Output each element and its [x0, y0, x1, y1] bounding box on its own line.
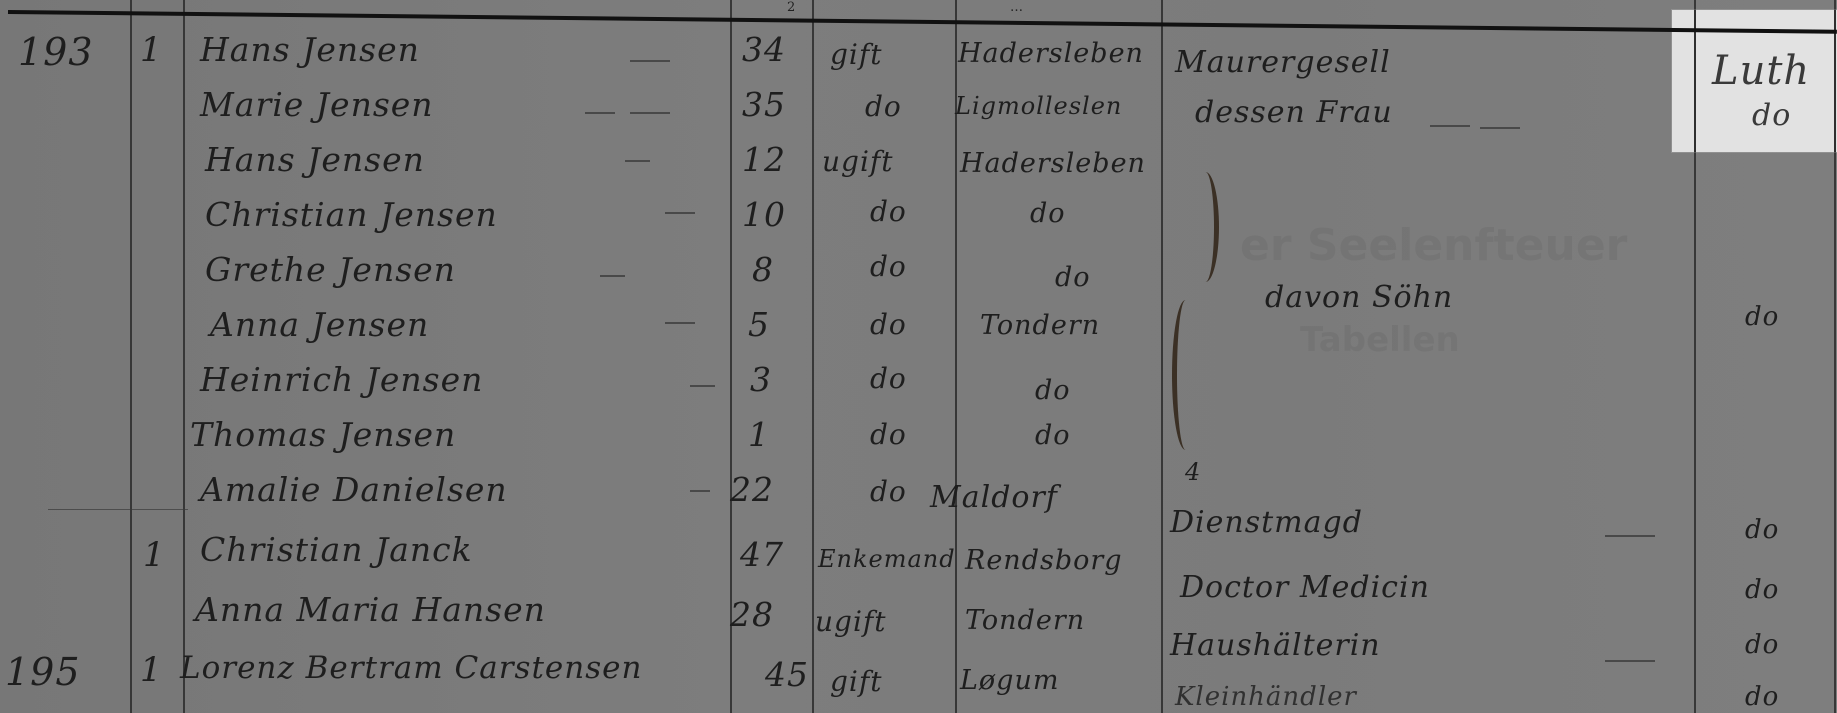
column-divider [183, 0, 185, 713]
civil-status: Enkemand [818, 545, 956, 573]
fill-dash [600, 275, 625, 277]
person-age: 34 [742, 30, 786, 69]
household-number: 193 [18, 30, 94, 74]
civil-status: ugift [815, 605, 887, 638]
fill-dash [585, 112, 615, 114]
person-name: Anna Jensen [210, 305, 429, 344]
occupation: Kleinhändler [1175, 682, 1357, 712]
religion-ditto: do [1752, 98, 1791, 133]
fill-dash [1480, 127, 1520, 129]
header-fragment: 2 [787, 0, 795, 15]
person-age: 8 [752, 250, 774, 289]
person-name: Christian Jensen [205, 195, 498, 234]
religion: do [1745, 630, 1779, 660]
bleed-through-text: er Seelenfteuer [1240, 220, 1627, 271]
person-name: Lorenz Bertram Carstensen [180, 650, 642, 686]
person-name: Marie Jensen [200, 85, 434, 124]
census-page: er Seelenfteuer Tabellen Luth do 2 … 193… [0, 0, 1837, 713]
birthplace: do [1035, 375, 1071, 406]
person-age: 22 [730, 470, 774, 509]
person-age: 3 [750, 360, 772, 399]
column-divider [1161, 0, 1163, 713]
fill-dash [1605, 660, 1655, 662]
person-age: 47 [740, 535, 784, 574]
person-name: Anna Maria Hansen [195, 590, 546, 629]
person-age: 10 [742, 195, 786, 234]
header-fragment: … [1010, 0, 1023, 15]
birthplace: Hadersleben [958, 38, 1144, 69]
column-divider [812, 0, 814, 713]
person-name: Thomas Jensen [190, 415, 456, 454]
person-age: 45 [765, 655, 809, 694]
occupation: Doctor Medicin [1180, 570, 1430, 605]
birthplace: do [1055, 262, 1091, 293]
person-age: 35 [742, 85, 786, 124]
occupation: Maurergesell [1175, 45, 1391, 80]
religion: do [1745, 302, 1779, 332]
fill-dash [665, 322, 695, 324]
person-name: Grethe Jensen [205, 250, 456, 289]
person-count: 1 [140, 650, 163, 690]
civil-status: do [870, 195, 907, 228]
civil-status: gift [830, 665, 883, 698]
fill-dash [665, 212, 695, 214]
person-age: 28 [730, 595, 774, 634]
person-name: Heinrich Jensen [200, 360, 483, 399]
grouping-brace-top [1192, 172, 1219, 282]
person-count: 1 [143, 535, 166, 575]
birthplace: Maldorf [930, 480, 1058, 515]
person-name: Christian Janck [200, 530, 473, 569]
person-name: Hans Jensen [200, 30, 420, 69]
brace-note: davon Söhn [1265, 280, 1453, 315]
household-number: 195 [5, 650, 81, 694]
fill-dash [690, 385, 715, 387]
civil-status: gift [830, 38, 883, 71]
occupation: dessen Frau [1195, 95, 1393, 130]
birthplace: do [1030, 198, 1066, 229]
birthplace: do [1035, 420, 1071, 451]
fill-dash [1430, 125, 1470, 127]
row-separator [48, 509, 188, 510]
person-age: 12 [742, 140, 786, 179]
religion: do [1745, 515, 1779, 545]
birthplace: Ligmolleslen [955, 92, 1122, 120]
occupation: Haushälterin [1170, 628, 1381, 663]
birthplace: Hadersleben [960, 148, 1146, 179]
grouping-brace-bottom [1172, 300, 1199, 450]
civil-status: do [870, 250, 907, 283]
person-name: Amalie Danielsen [200, 470, 508, 509]
person-count: 1 [140, 30, 163, 70]
civil-status: do [865, 90, 902, 123]
fill-dash [690, 490, 710, 492]
civil-status: do [870, 475, 907, 508]
birthplace: Tondern [965, 605, 1085, 636]
civil-status: ugift [822, 145, 894, 178]
annotation-mark: 4 [1185, 458, 1201, 486]
fill-dash [625, 160, 650, 162]
religion: do [1745, 682, 1779, 712]
birthplace: Tondern [980, 310, 1100, 341]
fill-dash [630, 60, 670, 62]
religion-value: Luth [1712, 48, 1810, 94]
civil-status: do [870, 418, 907, 451]
person-name: Hans Jensen [205, 140, 425, 179]
civil-status: do [870, 362, 907, 395]
person-age: 1 [748, 415, 770, 454]
civil-status: do [870, 308, 907, 341]
birthplace: Rendsborg [965, 545, 1123, 576]
person-age: 5 [748, 305, 770, 344]
fill-dash [630, 112, 670, 114]
bleed-through-text: Tabellen [1300, 320, 1460, 360]
religion: do [1745, 575, 1779, 605]
fill-dash [1605, 535, 1655, 537]
column-divider [130, 0, 132, 713]
birthplace: Løgum [960, 665, 1059, 696]
occupation: Dienstmagd [1170, 505, 1363, 540]
